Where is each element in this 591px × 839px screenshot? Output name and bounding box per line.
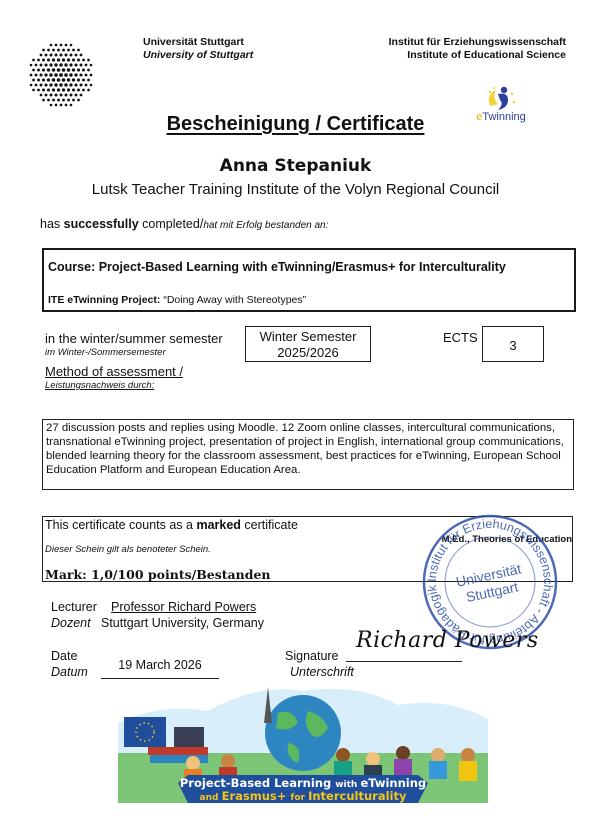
semester-value-box: Winter Semester 2025/2026: [245, 326, 371, 362]
ects-value-box: 3: [482, 326, 544, 362]
etwinning-logo-icon: [468, 84, 534, 112]
ects-label: ECTS: [443, 330, 478, 345]
assessment-label: Method of assessment /: [45, 364, 183, 379]
course-box: Course: Project-Based Learning with eTwi…: [42, 248, 576, 312]
university-logo-icon: [28, 40, 94, 110]
university-name-de: Universität Stuttgart: [143, 36, 253, 49]
assessment-label-de: Leistungsnachweis durch:: [45, 380, 154, 391]
course-title: Course: Project-Based Learning with eTwi…: [48, 260, 506, 274]
date-underline: [101, 678, 219, 679]
mark-value: Mark: 1,0/100 points/Bestanden: [45, 567, 271, 582]
date-label: Date: [51, 649, 77, 663]
svg-text:Project-Based Learning with eT: Project-Based Learning with eTwinning: [180, 776, 426, 790]
marked-statement: This certificate counts as a marked cert…: [45, 518, 298, 532]
handwritten-signature: Richard Powers: [356, 628, 539, 653]
signature-label: Signature: [285, 649, 339, 663]
certificate-title: Bescheinigung / Certificate: [0, 113, 591, 136]
lecturer-name: Professor Richard Powers: [111, 600, 256, 614]
eu-flag-icon: [124, 717, 166, 747]
signature-label-de: Unterschrift: [290, 665, 354, 679]
lecturer-label-de: Dozent: [51, 616, 91, 630]
lecturer-affiliation: Stuttgart University, Germany: [101, 616, 264, 630]
signature-line: [346, 661, 462, 662]
assessment-text: 27 discussion posts and replies using Mo…: [42, 419, 574, 490]
recipient-name: Anna Stepaniuk: [0, 156, 591, 176]
marked-statement-de: Dieser Schein gilt als benoteter Schein.: [45, 544, 211, 555]
date-label-de: Datum: [51, 665, 88, 679]
university-name-en: University of Stuttgart: [143, 49, 253, 62]
semester-label: in the winter/summer semester: [45, 331, 223, 346]
semester-label-de: im Winter-/Sommersemester: [45, 347, 166, 358]
recipient-institution: Lutsk Teacher Training Institute of the …: [0, 181, 591, 198]
lecturer-label: Lecturer: [51, 600, 97, 614]
globe-icon: [265, 695, 341, 771]
institute-name-en: Institute of Educational Science: [360, 49, 566, 62]
institute-name-de: Institut für Erziehungswissenschaft: [360, 36, 566, 49]
date-value: 19 March 2026: [101, 658, 219, 672]
course-banner-illustration: Project-Based Learning with eTwinning an…: [118, 683, 488, 803]
completion-statement: has successfully completed/hat mit Erfol…: [40, 217, 328, 231]
university-header: Universität Stuttgart University of Stut…: [143, 36, 253, 62]
laptop-icon: [174, 727, 204, 747]
project-line: ITE eTwinning Project: “Doing Away with …: [48, 294, 306, 306]
institute-header: Institut für Erziehungswissenschaft Inst…: [360, 36, 566, 62]
